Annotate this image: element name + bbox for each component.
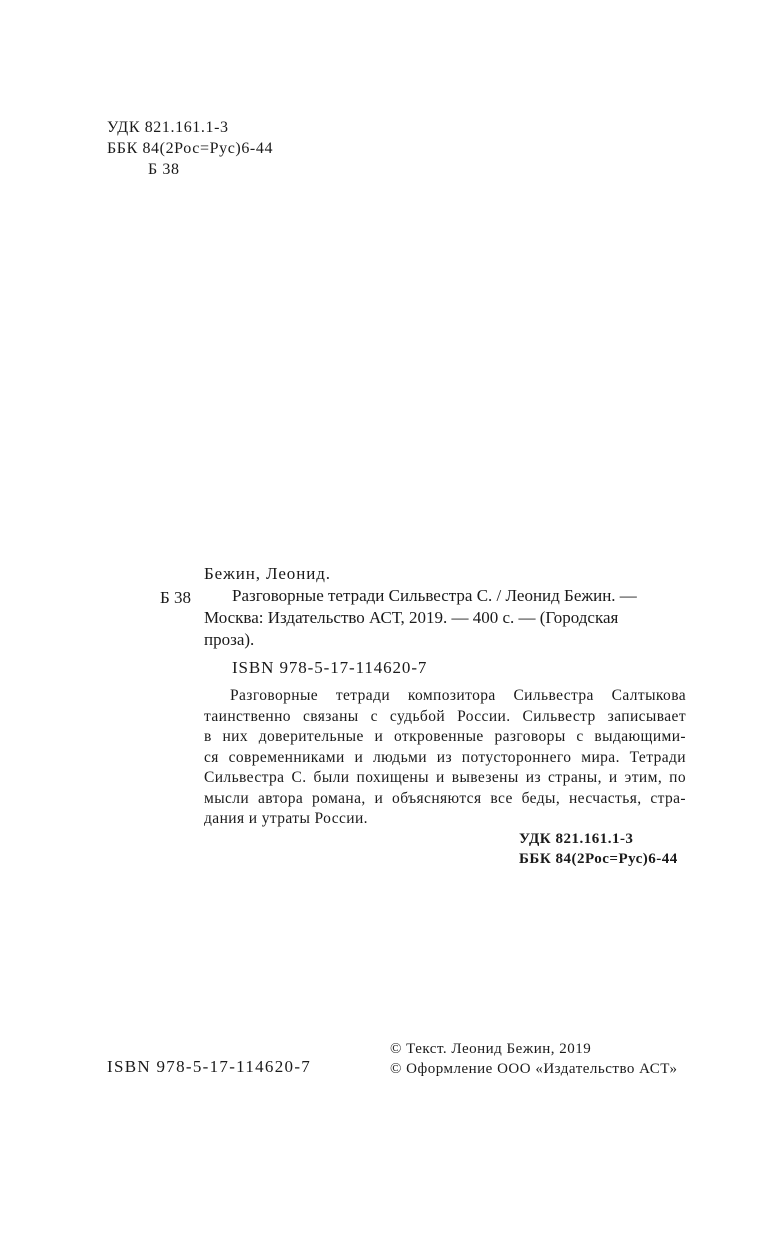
annotation-line: Сильвестра С. были похищены и вывезены и…	[204, 768, 686, 789]
bib-title-line: Разговорные тетради Сильвестра С. / Леон…	[232, 584, 637, 608]
copyright-text: © Текст. Леонид Бежин, 2019	[390, 1039, 591, 1059]
footer-isbn: ISBN 978-5-17-114620-7	[107, 1057, 311, 1077]
annotation: Разговорные тетради композитора Сильвест…	[204, 686, 686, 830]
annotation-line: в них доверительные и откровенные разгов…	[204, 727, 686, 748]
bib-series-line: проза).	[204, 628, 254, 652]
bib-author: Бежин, Леонид.	[204, 562, 331, 586]
top-udk: УДК 821.161.1-3	[107, 117, 229, 138]
bib-isbn: ISBN 978-5-17-114620-7	[232, 656, 427, 680]
copyright-design: © Оформление ООО «Издательство АСТ»	[390, 1059, 678, 1079]
annotation-bbk: ББК 84(2Рос=Рус)6-44	[519, 849, 678, 869]
bib-author-mark: Б 38	[160, 586, 191, 610]
top-bbk: ББК 84(2Рос=Рус)6-44	[107, 138, 273, 159]
bib-publisher-line: Москва: Издательство АСТ, 2019. — 400 с.…	[204, 606, 618, 630]
annotation-line: Разговорные тетради композитора Сильвест…	[230, 686, 686, 707]
annotation-udk: УДК 821.161.1-3	[519, 829, 633, 849]
annotation-line: таинственно связаны с судьбой России. Си…	[204, 707, 686, 728]
top-author-mark: Б 38	[148, 159, 180, 180]
annotation-line: мысли автора романа, и объясняются все б…	[204, 789, 686, 810]
annotation-line: ся современниками и людьми из потусторон…	[204, 748, 686, 769]
annotation-line: дания и утраты России.	[204, 809, 686, 830]
